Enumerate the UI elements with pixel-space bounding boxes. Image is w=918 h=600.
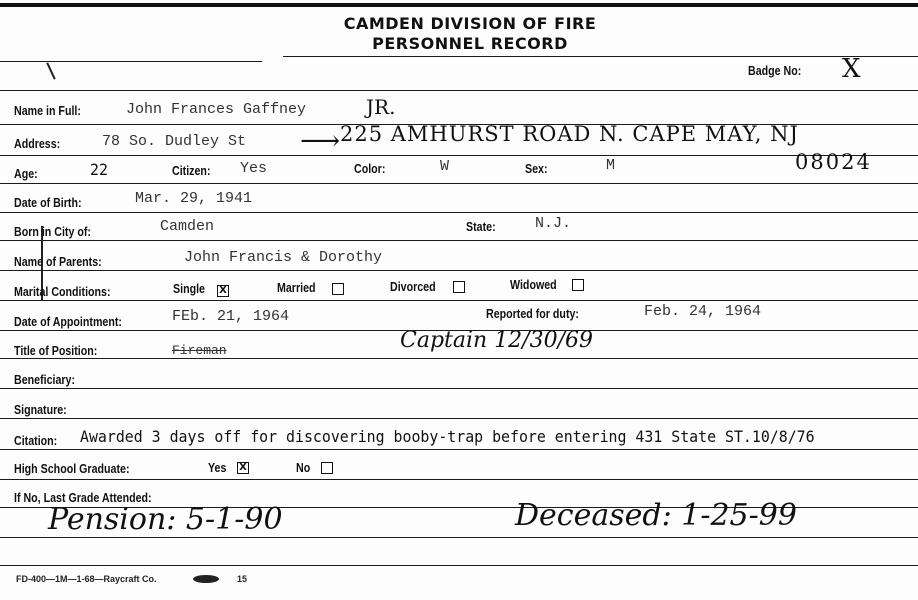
citizen-value: Yes bbox=[240, 160, 267, 177]
form-id: FD-400—1M—1-68—Raycraft Co. bbox=[16, 574, 157, 584]
marital-widowed-checkbox[interactable] bbox=[572, 279, 584, 291]
marital-widowed-label: Widowed bbox=[510, 277, 557, 292]
position-label: Title of Position: bbox=[14, 343, 97, 358]
position-value: Fireman bbox=[172, 343, 227, 358]
position-rule bbox=[0, 358, 918, 359]
appointment-value: FEb. 21, 1964 bbox=[172, 308, 289, 325]
marital-single-label: Single bbox=[173, 281, 205, 296]
form-title: CAMDEN DIVISION OF FIRE bbox=[300, 14, 640, 33]
badge-rule bbox=[0, 90, 918, 91]
position-handwritten: Captain 12/30/69 bbox=[400, 328, 593, 353]
personnel-record-card: CAMDEN DIVISION OF FIRE PERSONNEL RECORD… bbox=[0, 0, 918, 600]
marital-married-label: Married bbox=[277, 280, 316, 295]
beneficiary-label: Beneficiary: bbox=[14, 372, 75, 387]
dob-label: Date of Birth: bbox=[14, 195, 82, 210]
hs-grad-no-checkbox[interactable] bbox=[321, 462, 333, 474]
parents-rule bbox=[0, 270, 918, 271]
color-value: W bbox=[440, 158, 449, 175]
marital-label: Marital Conditions: bbox=[14, 284, 111, 299]
citizen-label: Citizen: bbox=[172, 163, 211, 178]
age-value: 22 bbox=[90, 160, 108, 179]
name-suffix-handwritten: JR. bbox=[366, 95, 395, 119]
signature-rule bbox=[0, 418, 918, 419]
hs-grad-rule bbox=[0, 479, 918, 480]
name-label: Name in Full: bbox=[14, 103, 81, 118]
dob-rule bbox=[0, 212, 918, 213]
appointment-label: Date of Appointment: bbox=[14, 314, 122, 329]
born-city-value: Camden bbox=[160, 218, 214, 235]
bottom-rule bbox=[0, 565, 918, 566]
pension-annotation: Pension: 5-1-90 bbox=[48, 502, 283, 537]
hs-grad-yes-label: Yes bbox=[208, 460, 226, 475]
badge-value: X bbox=[842, 54, 861, 84]
reported-label: Reported for duty: bbox=[486, 306, 579, 321]
marital-single-checkbox[interactable]: X bbox=[217, 285, 229, 297]
name-value: John Frances Gaffney bbox=[126, 101, 306, 118]
marital-divorced-checkbox[interactable] bbox=[453, 281, 465, 293]
citation-label: Citation: bbox=[14, 433, 57, 448]
address-arrow: ⟶ bbox=[300, 124, 340, 157]
state-label: State: bbox=[466, 219, 496, 234]
deceased-annotation: Deceased: 1-25-99 bbox=[515, 498, 797, 533]
signature-label: Signature: bbox=[14, 402, 67, 417]
badge-label: Badge No: bbox=[748, 63, 801, 78]
parents-label: Name of Parents: bbox=[14, 254, 102, 269]
title-right-rule bbox=[283, 56, 918, 57]
marital-divorced-label: Divorced bbox=[390, 279, 436, 294]
sex-label: Sex: bbox=[525, 161, 548, 176]
born-rule bbox=[0, 240, 918, 241]
top-border bbox=[0, 3, 918, 7]
address-rule bbox=[0, 155, 918, 156]
marital-rule bbox=[0, 300, 918, 301]
stray-mark bbox=[46, 62, 55, 79]
citation-value: Awarded 3 days off for discovering booby… bbox=[80, 427, 815, 446]
state-value: N.J. bbox=[535, 215, 571, 232]
marital-married-checkbox[interactable] bbox=[332, 283, 344, 295]
hs-grad-label: High School Graduate: bbox=[14, 461, 129, 476]
hs-grad-no-label: No bbox=[296, 460, 310, 475]
citation-rule bbox=[0, 449, 918, 450]
annotation-rule bbox=[0, 537, 918, 538]
color-label: Color: bbox=[354, 161, 385, 176]
parents-value: John Francis & Dorothy bbox=[184, 249, 382, 266]
age-rule bbox=[0, 183, 918, 184]
born-city-label: Born in City of: bbox=[14, 224, 91, 239]
form-subtitle: PERSONNEL RECORD bbox=[300, 34, 640, 53]
address-label: Address: bbox=[14, 136, 60, 151]
union-number: 15 bbox=[237, 574, 247, 584]
age-label: Age: bbox=[14, 166, 38, 181]
address-zip-handwritten: 08024 bbox=[795, 150, 872, 174]
union-bug-icon bbox=[193, 575, 219, 583]
sex-value: M bbox=[606, 157, 615, 174]
reported-value: Feb. 24, 1964 bbox=[644, 303, 761, 320]
hs-grad-yes-checkbox[interactable]: X bbox=[237, 462, 249, 474]
dob-value: Mar. 29, 1941 bbox=[135, 190, 252, 207]
address-value: 78 So. Dudley St bbox=[102, 133, 246, 150]
beneficiary-rule bbox=[0, 388, 918, 389]
title-left-rule bbox=[0, 61, 262, 62]
address-new-handwritten: 225 AMHURST ROAD N. CAPE MAY, NJ bbox=[340, 122, 799, 146]
